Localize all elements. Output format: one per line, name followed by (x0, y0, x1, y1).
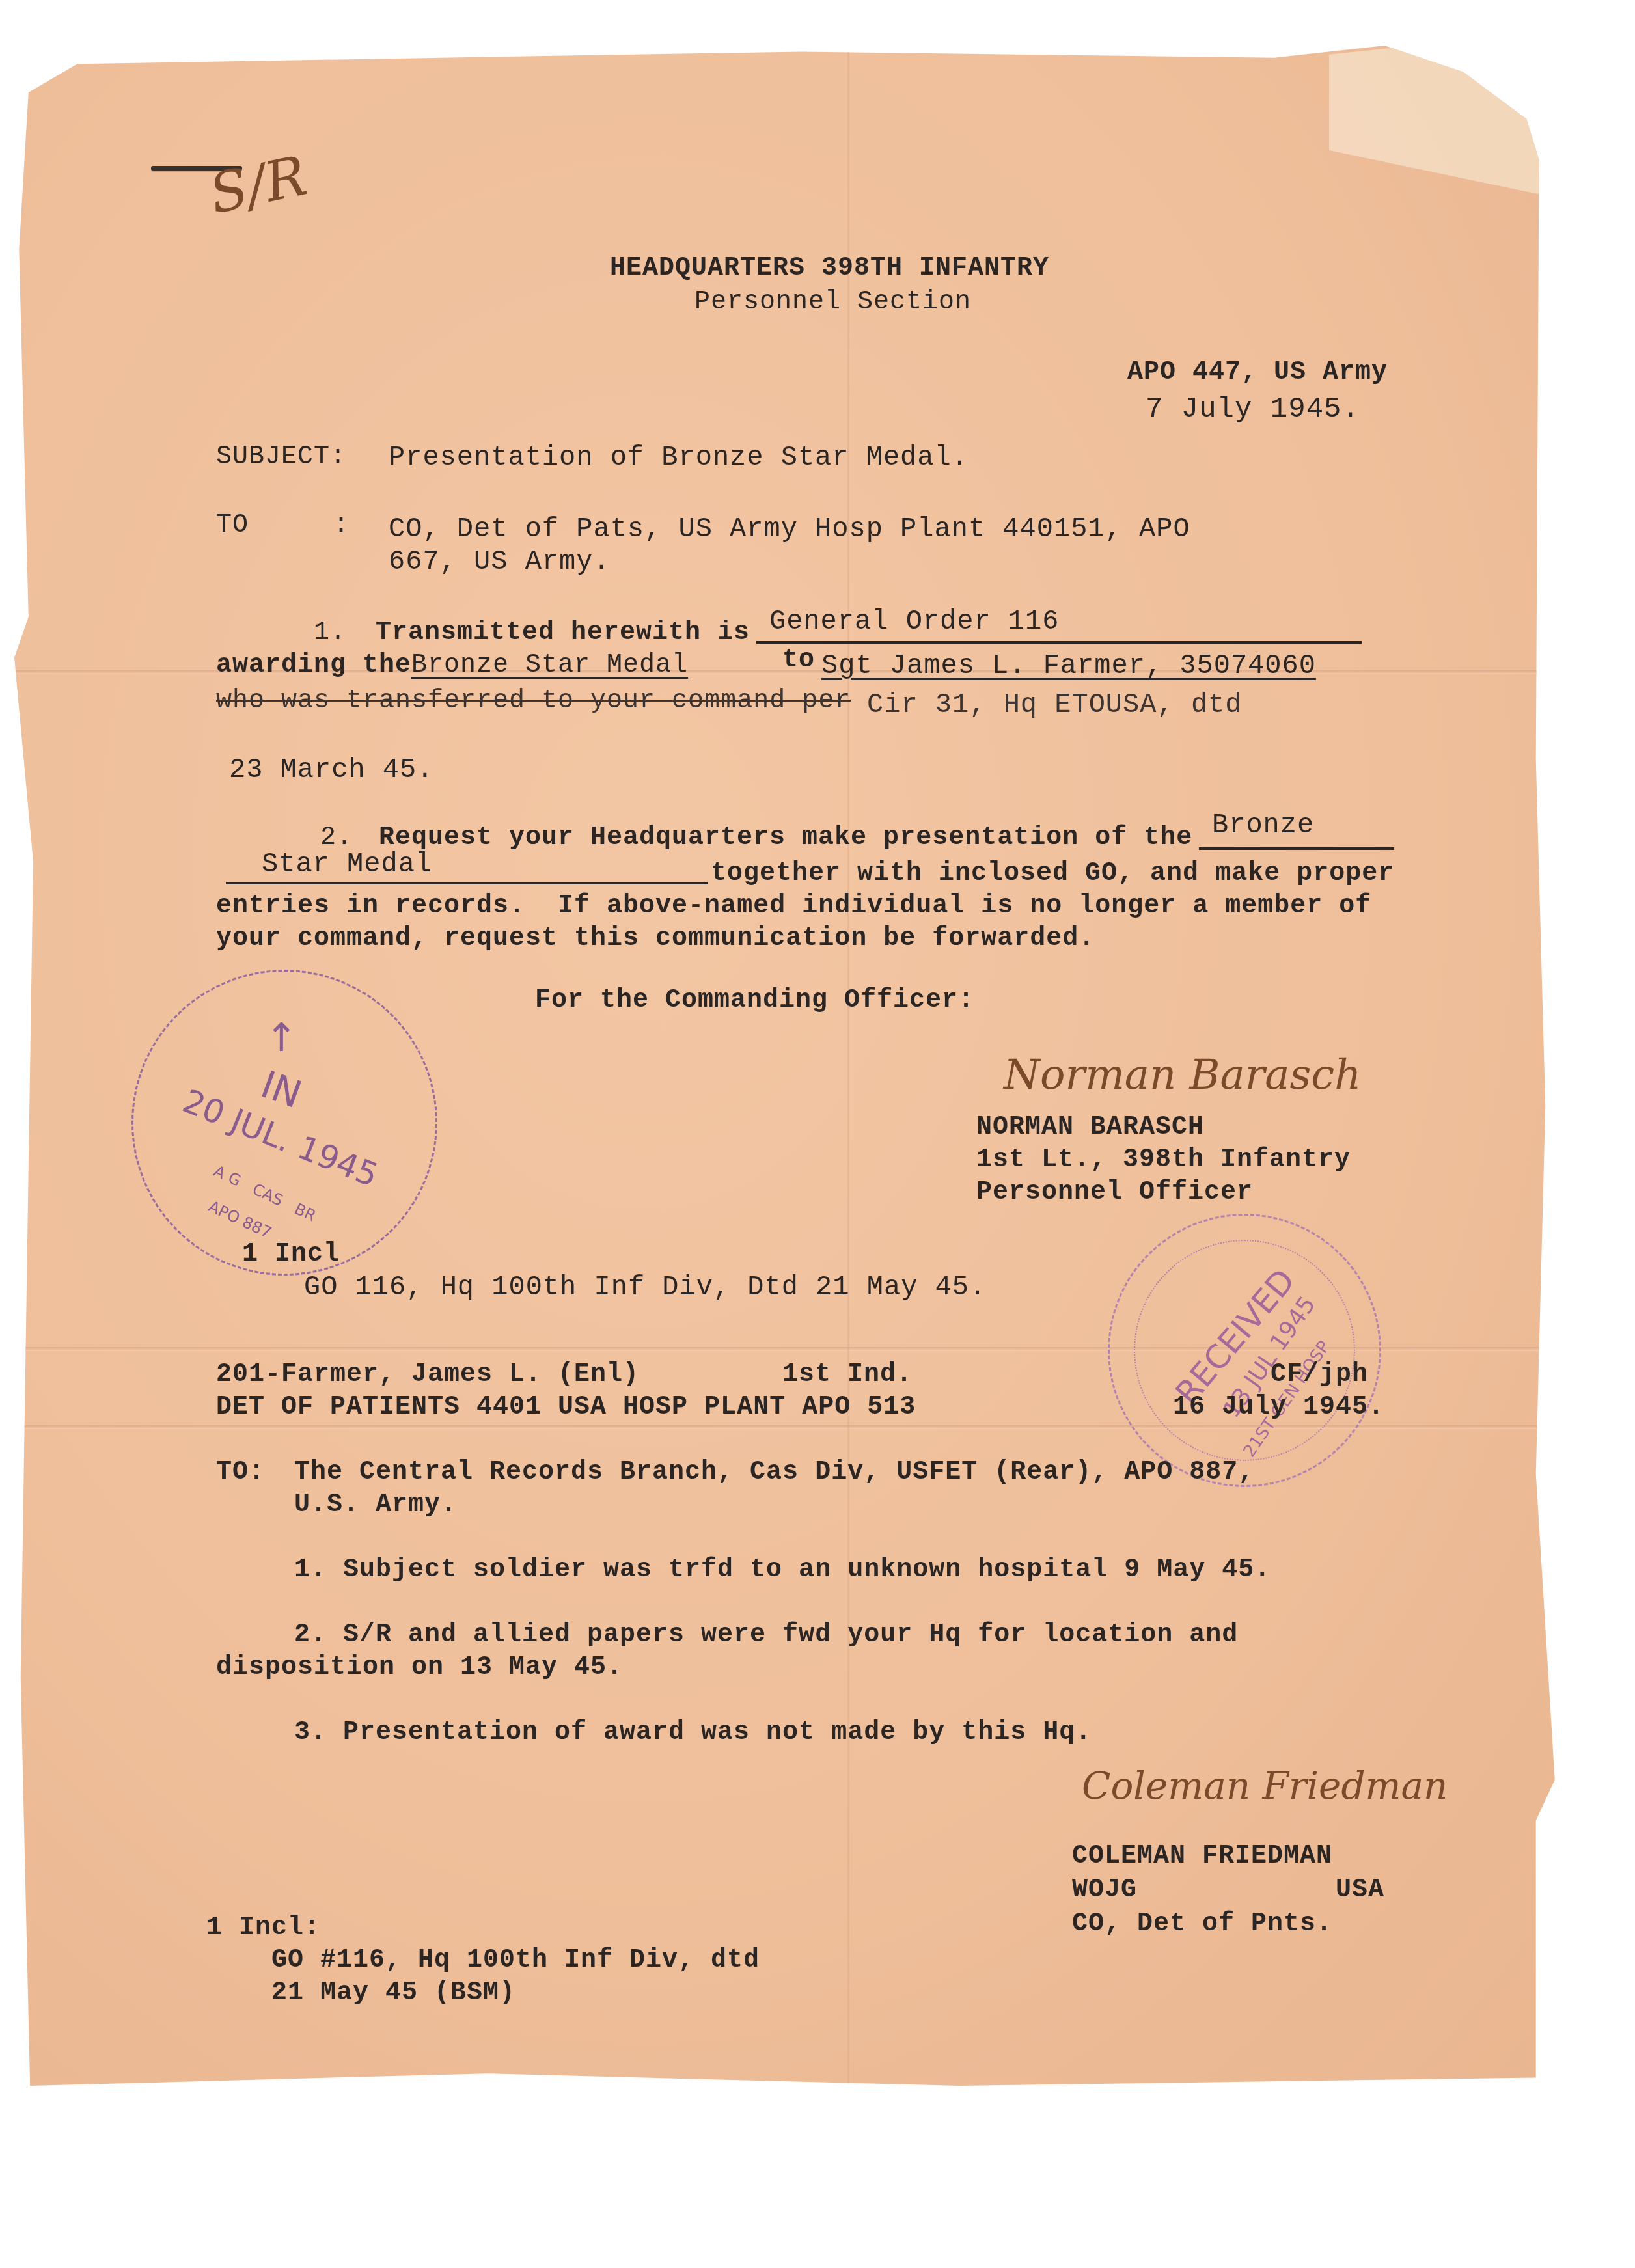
para1-to: to (782, 646, 815, 676)
subject-label: SUBJECT: (216, 443, 346, 472)
vertical-crease (847, 46, 849, 2086)
fill-recipient: Sgt James L. Farmer, 35074060 (821, 651, 1316, 681)
indorsement-date: 16 July 1945. (1173, 1393, 1384, 1423)
para2-line3: entries in records. If above-named indiv… (216, 892, 1371, 922)
signer2-name: COLEMAN FRIEDMAN (1072, 1842, 1332, 1872)
arrow-up-icon: ↑ (265, 1015, 297, 1061)
subject-value: Presentation of Bronze Star Medal. (389, 443, 969, 472)
signer1-title: Personnel Officer (976, 1178, 1253, 1208)
para1-struck-text: who was transferred to your command per (216, 687, 851, 717)
to-line-2: 667, US Army. (389, 547, 611, 577)
fill-award-name: Bronze Star Medal (411, 651, 688, 681)
inclosure1-label: 1 Incl (242, 1240, 340, 1270)
indorsement-to-label: TO: (216, 1458, 265, 1488)
signer1-name: NORMAN BARASCH (976, 1113, 1204, 1143)
fill-underline (756, 641, 1362, 644)
inclosure2-line-2: 21 May 45 (BSM) (271, 1978, 515, 2008)
inclosure2-label: 1 Incl: (206, 1913, 320, 1943)
para2-line4: your command, request this communication… (216, 924, 1095, 954)
indorsement-to-line-2: U.S. Army. (294, 1490, 457, 1520)
signature-coleman-friedman: Coleman Friedman (1082, 1764, 1448, 1808)
indorsement-number: 1st Ind. (782, 1360, 913, 1390)
folded-corner (1329, 46, 1544, 195)
fill-general-order: General Order 116 (769, 607, 1059, 636)
letterhead-unit: HEADQUARTERS 398TH INFANTRY (610, 254, 1049, 284)
signer1-rank: 1st Lt., 398th Infantry (976, 1145, 1351, 1175)
indorsement-to-line-1: The Central Records Branch, Cas Div, USF… (294, 1458, 1254, 1488)
indorsement-item-2-cont: disposition on 13 May 45. (216, 1653, 623, 1683)
received-stamp: RECEIVED 13 JUL 1945 21ST GEN HOSP (1108, 1214, 1381, 1487)
signer2-branch: USA (1336, 1876, 1384, 1906)
letter-date: 7 July 1945. (1146, 394, 1360, 424)
fill-underline (226, 882, 708, 884)
closing-line: For the Commanding Officer: (535, 986, 974, 1016)
para1-number: 1. (314, 618, 346, 648)
indorsement-initials: CF/jph (1271, 1360, 1368, 1390)
to-label: TO (216, 511, 249, 541)
indorsement-from: DET OF PATIENTS 4401 USA HOSP PLANT APO … (216, 1393, 916, 1423)
signature-norman-barasch: Norman Barasch (1004, 1051, 1361, 1099)
indorsement-item-3: 3. Presentation of award was not made by… (294, 1718, 1092, 1748)
para1-lead: Transmitted herewith is (376, 618, 750, 648)
to-line-1: CO, Det of Pats, US Army Hosp Plant 4401… (389, 514, 1190, 544)
indorsement-file-ref: 201-Farmer, James L. (Enl) (216, 1360, 639, 1390)
indorsement-item-2: 2. S/R and allied papers were fwd your H… (294, 1620, 1238, 1650)
apo-address: APO 447, US Army (1127, 358, 1388, 388)
indorsement-item-1: 1. Subject soldier was trfd to an unknow… (294, 1555, 1271, 1585)
document-page: S/R HEADQUARTERS 398TH INFANTRY Personne… (14, 46, 1589, 2086)
in-date-stamp: ↑ IN 20 JUL. 1945 A G CAS BR APO 887 (131, 970, 437, 1276)
fill-underline (1199, 847, 1394, 850)
fill-bronze: Bronze (1212, 810, 1314, 840)
inclosure2-line-1: GO #116, Hq 100th Inf Div, dtd (271, 1946, 760, 1976)
para2-lead: Request your Headquarters make presentat… (379, 823, 1192, 853)
inclosure1-item: GO 116, Hq 100th Inf Div, Dtd 21 May 45. (304, 1272, 986, 1302)
signer2-title: CO, Det of Pnts. (1072, 1909, 1332, 1939)
margin-note-sr: S/R (204, 144, 312, 226)
para2-line2: together with inclosed GO, and make prop… (711, 859, 1394, 889)
para1-awarding: awarding the (216, 651, 411, 681)
to-colon: : (333, 511, 350, 541)
fill-transfer-authority: Cir 31, Hq ETOUSA, dtd (867, 690, 1243, 720)
para1-line4: 23 March 45. (229, 755, 433, 785)
letterhead-section: Personnel Section (694, 288, 971, 318)
fill-star-medal: Star Medal (262, 849, 432, 879)
signer2-rank: WOJG (1072, 1876, 1137, 1906)
